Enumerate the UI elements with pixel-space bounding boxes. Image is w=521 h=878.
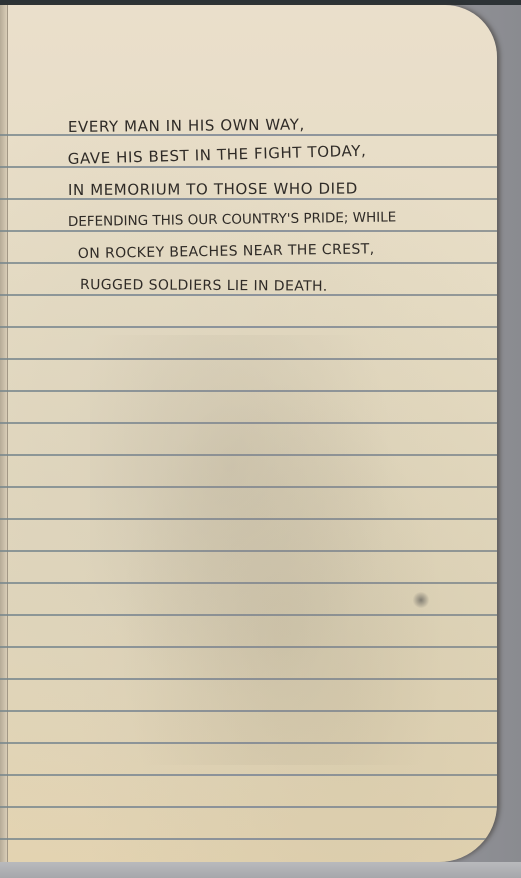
ruled-line	[0, 358, 497, 360]
ruled-line	[0, 326, 497, 328]
ruled-line	[0, 806, 497, 808]
ruled-line	[0, 454, 497, 456]
ruled-line	[0, 518, 497, 520]
ruled-line	[0, 550, 497, 552]
ruled-line	[0, 710, 497, 712]
ruled-line	[0, 230, 497, 232]
poem-line-2: Gave his Best in the Fight Today,	[67, 142, 366, 168]
poem-line-6: Rugged Soldiers lie in Death.	[80, 277, 328, 295]
ink-stain	[412, 592, 430, 608]
ruled-line	[0, 838, 497, 840]
notebook-page: Every Man in his own way, Gave his Best …	[0, 5, 497, 862]
ruled-line	[0, 614, 497, 616]
ruled-line	[0, 262, 497, 264]
poem-line-4: Defending this our Country's Pride; whil…	[68, 209, 397, 230]
ruled-line	[0, 774, 497, 776]
poem-line-5: On Rockey Beaches near the Crest,	[78, 241, 375, 262]
poem-line-1: Every Man in his own way,	[68, 116, 305, 136]
ruled-line	[0, 582, 497, 584]
ruled-line	[0, 646, 497, 648]
ruled-line	[0, 678, 497, 680]
ruled-line	[0, 486, 497, 488]
ruled-line	[0, 742, 497, 744]
background-bottom-edge	[0, 862, 521, 878]
ruled-line	[0, 294, 497, 296]
ruled-line	[0, 422, 497, 424]
scene: Every Man in his own way, Gave his Best …	[0, 0, 521, 878]
ruled-line	[0, 390, 497, 392]
poem-line-3: In Memorium to those who Died	[68, 179, 358, 199]
